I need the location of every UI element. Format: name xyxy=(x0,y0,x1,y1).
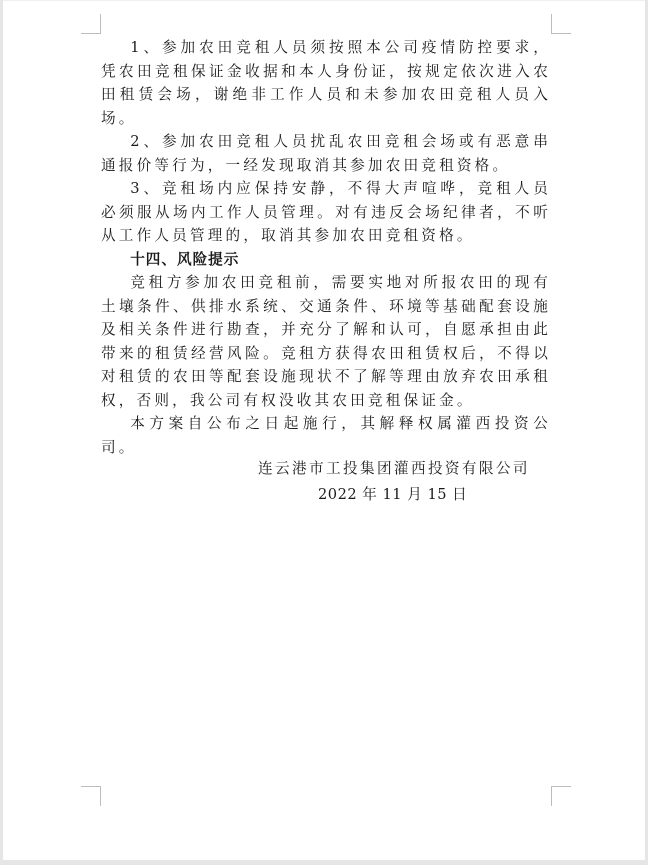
margin-mark-top-right xyxy=(551,14,571,34)
paragraph-effective-clause: 本方案自公布之日起施行，其解释权属灌西投资公司。 xyxy=(101,412,551,459)
margin-mark-top-left xyxy=(81,14,101,34)
document-body: 1、参加农田竞租人员须按照本公司疫情防控要求，凭农田竞租保证金收据和本人身份证，… xyxy=(101,36,551,459)
margin-mark-bottom-left xyxy=(81,786,101,806)
signature-block: 连云港市工投集团灌西投资有限公司 2022 年 11 月 15 日 xyxy=(258,456,558,508)
paragraph-risk-notice: 竞租方参加农田竞租前，需要实地对所报农田的现有土壤条件、供排水系统、交通条件、环… xyxy=(101,271,551,412)
paragraph-rule-1: 1、参加农田竞租人员须按照本公司疫情防控要求，凭农田竞租保证金收据和本人身份证，… xyxy=(101,36,551,130)
paragraph-rule-3: 3、竞租场内应保持安静，不得大声喧哗，竞租人员必须服从场内工作人员管理。对有违反… xyxy=(101,177,551,248)
section-heading-risk: 十四、风险提示 xyxy=(101,248,551,272)
signature-company: 连云港市工投集团灌西投资有限公司 xyxy=(258,456,558,482)
signature-date: 2022 年 11 月 15 日 xyxy=(258,482,558,508)
margin-mark-bottom-right xyxy=(551,786,571,806)
document-page: 1、参加农田竞租人员须按照本公司疫情防控要求，凭农田竞租保证金收据和本人身份证，… xyxy=(3,0,645,860)
paragraph-rule-2: 2、参加农田竞租人员扰乱农田竞租会场或有恶意串通报价等行为，一经发现取消其参加农… xyxy=(101,130,551,177)
